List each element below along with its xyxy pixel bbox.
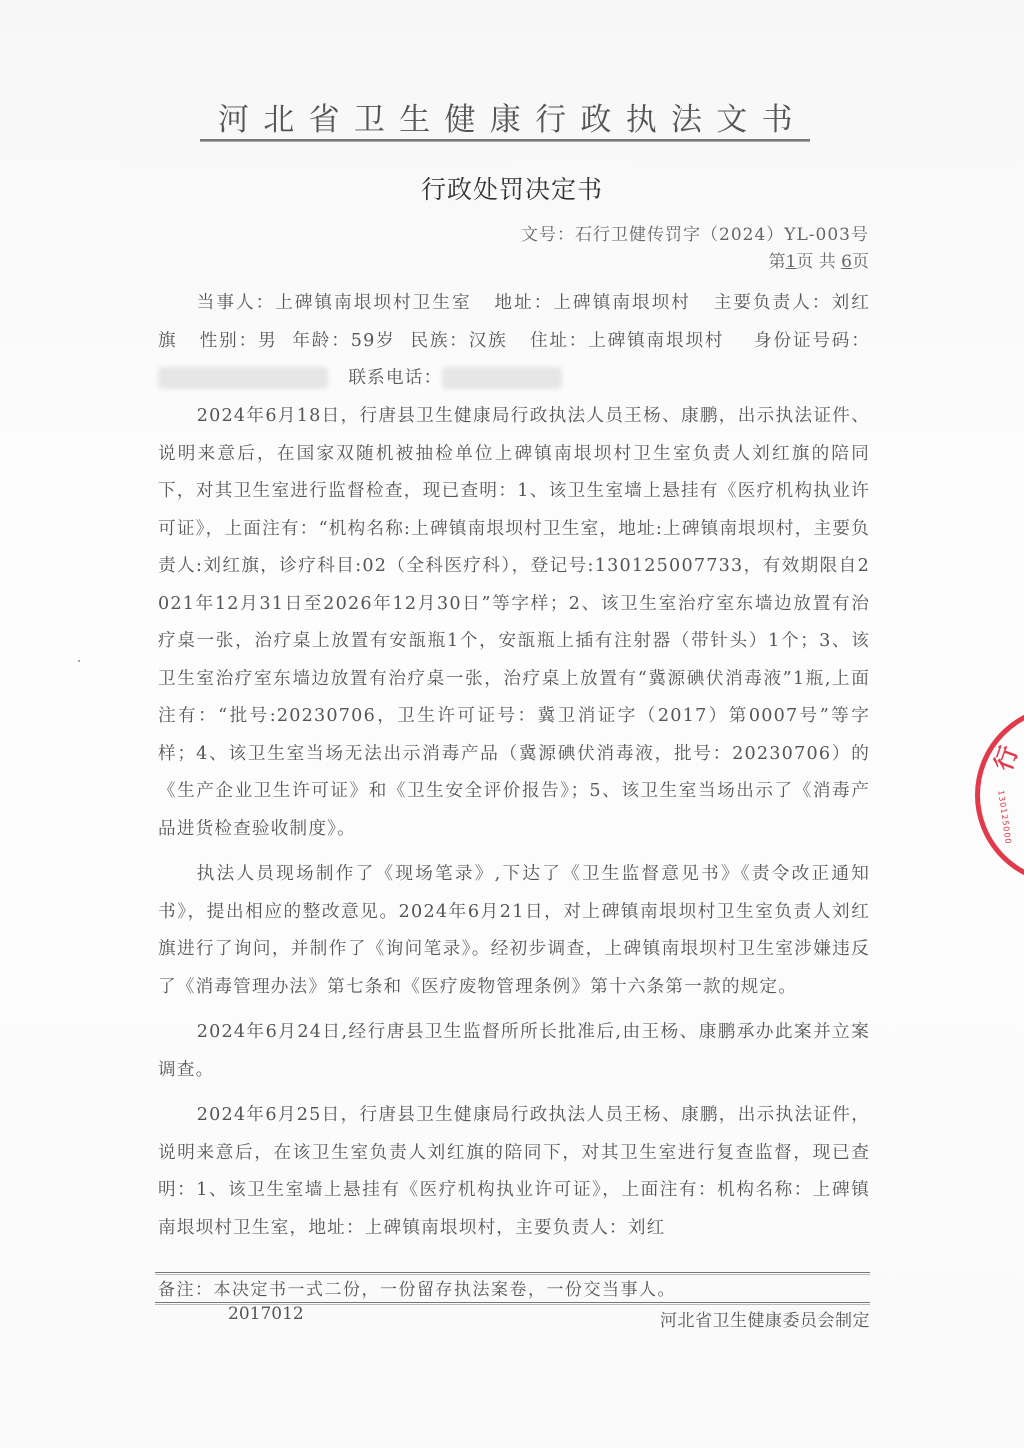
page-mid: 页 共 (796, 252, 835, 272)
principal-label: 主要负责人： (714, 293, 832, 313)
issuer: 河北省卫生健康委员会制定 (660, 1306, 870, 1331)
phone-label: 联系电话： (348, 368, 442, 388)
phone-redacted (442, 367, 562, 389)
residence-value: 上碑镇南垠坝村 (588, 331, 724, 351)
page-current: 1 (786, 252, 797, 272)
id-label: 身份证号码： (754, 331, 870, 351)
paragraph-findings: 执法人员现场制作了《现场笔录》,下达了《卫生监督意见书》《责令改正通知书》，提出… (158, 856, 870, 1006)
doc-number-value: 石行卫健传罚字（2024）YL-003号 (575, 225, 869, 245)
page-prefix: 第 (769, 252, 786, 272)
series-title: 河北省卫生健康行政执法文书 (218, 100, 808, 140)
ethnicity-value: 汉族 (469, 331, 508, 351)
party-paragraph: 当事人：上碑镇南垠坝村卫生室 地址：上碑镇南垠坝村 主要负责人：刘红旗 性别：男… (158, 285, 870, 398)
age-label: 年龄： (292, 331, 350, 351)
remarks-note: 备注：本决定书一式二份，一份留存执法案卷，一份交当事人。 (158, 1275, 676, 1300)
id-number-redacted (158, 367, 328, 389)
residence-label: 住址： (530, 331, 588, 351)
gender-value: 男 (258, 331, 277, 351)
series-title-underline (200, 139, 810, 142)
doc-number-label: 文号： (521, 225, 575, 245)
age-value: 59岁 (351, 331, 396, 351)
form-code: 2017012 (228, 1304, 304, 1324)
paragraph-inspection: 2024年6月18日，行唐县卫生健康局行政执法人员王杨、康鹏，出示执法证件、说明… (158, 398, 870, 848)
paragraph-reinspection: 2024年6月25日，行唐县卫生健康局行政执法人员王杨、康鹏，出示执法证件，说明… (158, 1097, 870, 1247)
paragraph-case-filing: 2024年6月24日,经行唐县卫生监督所所长批准后,由王杨、康鹏承办此案并立案调… (158, 1014, 870, 1089)
scan-speck (78, 660, 80, 662)
ethnicity-label: 民族： (410, 331, 468, 351)
document-title: 行政处罚决定书 (0, 170, 1024, 206)
address-value: 上碑镇南垠坝村 (553, 293, 690, 313)
facts-section: 2024年6月18日，行唐县卫生健康局行政执法人员王杨、康鹏，出示执法证件、说明… (158, 398, 870, 1247)
party-name: 上碑镇南垠坝村卫生室 (275, 293, 471, 313)
page-total: 6 (841, 252, 852, 272)
address-label: 地址： (495, 293, 554, 313)
page-count: 第1页 共 6页 (769, 247, 869, 272)
party-label: 当事人： (197, 293, 276, 313)
document-number: 文号：石行卫健传罚字（2024）YL-003号 (521, 220, 869, 245)
document-page: 河北省卫生健康行政执法文书 行政处罚决定书 文号：石行卫健传罚字（2024）YL… (0, 0, 1024, 1448)
gender-label: 性别： (200, 331, 258, 351)
party-info: 当事人：上碑镇南垠坝村卫生室 地址：上碑镇南垠坝村 主要负责人：刘红旗 性别：男… (158, 285, 870, 398)
page-suffix: 页 (852, 252, 869, 272)
